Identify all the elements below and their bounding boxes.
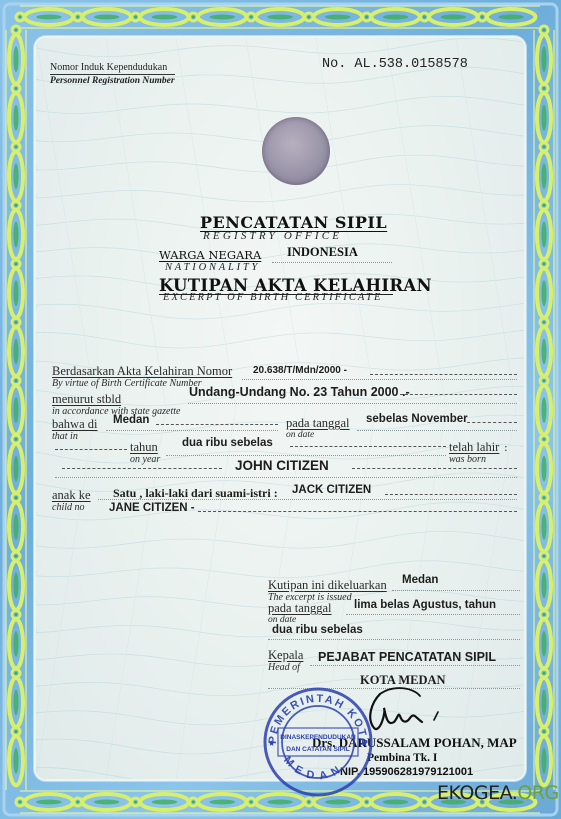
watermark-part1: EKOGEA. [437, 782, 517, 804]
dash-line [352, 468, 517, 469]
dotted-line [357, 430, 517, 431]
office-title-en: REGISTRY OFFICE [203, 230, 342, 242]
nationality-value: INDONESIA [287, 245, 358, 260]
dotted-line [242, 379, 517, 380]
date-label: pada tanggal [286, 416, 350, 431]
born-label-en: was born [449, 454, 486, 465]
child-name: JOHN CITIZEN [235, 458, 329, 473]
issued-date-value: lima belas Agustus, tahun [354, 599, 496, 611]
birth-cert-label-en: By virtue of Birth Certificate Number [52, 378, 202, 389]
dotted-line [106, 430, 278, 431]
watermark: EKOGEA.ORG [437, 782, 559, 804]
dash-line [156, 424, 278, 425]
issued-place: Medan [402, 574, 438, 586]
father-name: JACK CITIZEN [292, 484, 371, 496]
nationality-label: WARGA NEGARA [159, 248, 261, 262]
gazette-value: Undang-Undang No. 23 Tahun 2000 .- [189, 385, 410, 399]
birth-cert-value: 20.638/T/Mdn/2000 - [253, 365, 347, 376]
dotted-line [346, 614, 520, 615]
dotted-line [55, 477, 517, 478]
svg-text:★: ★ [268, 739, 275, 748]
place-label: bahwa di [52, 417, 97, 432]
mother-name: JANE CITIZEN - [109, 502, 195, 514]
year-value: dua ribu sebelas [182, 437, 273, 449]
certificate-number: No. AL.538.0158578 [322, 57, 468, 72]
dotted-line [310, 665, 520, 666]
dash-line [62, 468, 222, 469]
date-value: sebelas November [366, 413, 468, 425]
head-label-en: Head of [268, 662, 300, 673]
dash-line [467, 422, 517, 423]
nationality-label-en: NATIONALITY [165, 262, 260, 273]
child-no-label: anak ke [52, 488, 91, 503]
dotted-line [98, 499, 517, 500]
main-title-en: EXCERPT OF BIRTH CERTIFICATE [163, 292, 383, 303]
issued-year-value: dua ribu sebelas [272, 624, 363, 636]
gazette-label: menurut stbld [52, 392, 121, 407]
watermark-part2: ORG [517, 782, 558, 804]
registration-number-label: Nomor Induk Kependudukan Personnel Regis… [50, 62, 175, 86]
dash-line [198, 511, 517, 512]
dotted-line [268, 639, 520, 640]
nationality-line [272, 262, 392, 263]
place-value: Medan [113, 414, 149, 426]
dash-line [385, 494, 517, 495]
svg-text:DINASKEPENDUDUKAN: DINASKEPENDUDUKAN [280, 734, 356, 741]
official-stamp: PEMERINTAH KOTA MEDAN DINASKEPENDUDUKAN … [258, 682, 378, 800]
head-label: Kepala [268, 648, 303, 663]
issued-label: Kutipan ini dikeluarkan [268, 578, 387, 593]
dash-line [400, 394, 517, 395]
registration-label: Nomor Induk Kependudukan [50, 62, 175, 75]
dotted-line [166, 455, 446, 456]
embossed-seal [262, 117, 330, 185]
svg-text:DAN CATATAN SIPIL: DAN CATATAN SIPIL [286, 746, 349, 753]
head-office: PEJABAT PENCATATAN SIPIL [318, 650, 496, 664]
place-label-en: that in [52, 431, 78, 442]
year-label-en: on year [130, 454, 160, 465]
colon: : [504, 441, 508, 454]
registration-label-en: Personnel Registration Number [50, 76, 175, 86]
svg-text:MEDAN: MEDAN [281, 754, 347, 782]
born-label: telah lahir [449, 440, 499, 455]
date-label-en: on date [286, 430, 314, 440]
svg-text:★: ★ [361, 739, 368, 748]
dash-line [290, 446, 446, 447]
year-label: tahun [130, 440, 158, 455]
dash-line [370, 374, 517, 375]
dash-line [55, 449, 127, 450]
issued-date-label: pada tanggal [268, 601, 332, 616]
dotted-line [188, 403, 517, 404]
dotted-line [392, 590, 520, 591]
birth-cert-label: Berdasarkan Akta Kelahiran Nomor [52, 364, 232, 379]
child-no-label-en: child no [52, 502, 85, 513]
